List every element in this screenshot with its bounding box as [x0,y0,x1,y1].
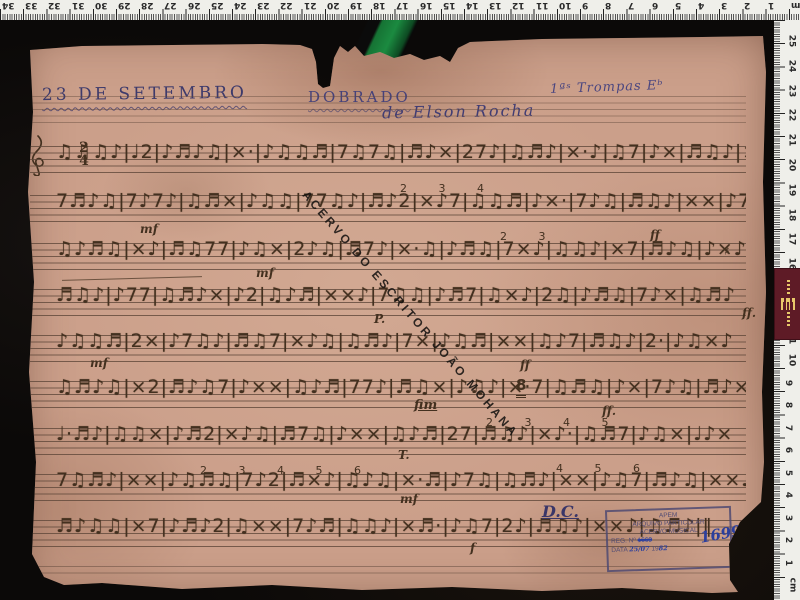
music-annotation: D.C. [542,502,579,521]
stamp-date-value: 25/07 [629,545,650,554]
reg-number-handwritten: 1699 [700,527,743,542]
music-annotation: mf [400,492,418,506]
ruler-number: 22 [786,109,796,122]
ruler-number: 10 [559,0,572,10]
ruler-number: 25 [211,0,224,10]
ruler-number: 18 [786,208,796,221]
ruler-number: 10 [786,354,796,367]
ruler-number: 14 [466,0,479,10]
music-annotation: ff [650,228,660,242]
ruler-number: 8 [605,0,611,10]
badge-text-line [787,280,790,296]
music-annotation: T. [398,448,410,462]
ruler-number: 27 [164,0,177,10]
ruler-number: 9 [783,379,793,385]
music-annotation: 4 5 6 [556,462,654,475]
castle-icon [781,298,795,310]
ruler-number: 31 [72,0,85,10]
ruler-number: 5 [783,469,793,475]
ruler-number: 17 [786,233,796,246]
stave: ♫♪♬♫|×♪|♬♫77|♪♫×|2♪♫|♬7♪|×·♫|♪♬♫|7×♪|♫♫♪… [30,243,746,270]
stave: 7♫♬♪|××|♪♫♬♫|7♪2|♬×♪|♫♪♫|×·♬|♪7♫|♫♬♪|××|… [30,474,746,501]
ruler-number: 33 [25,0,38,10]
ruler-number: 1 [783,559,793,565]
ruler-number: 5 [675,0,681,10]
ruler-number: 32 [48,0,61,10]
scanner-background: 23 DE SETEMBRO DOBRADO de Elson Rocha 1ª… [0,0,800,600]
ruler-number: 2 [744,0,750,10]
ruler-number: 28 [141,0,154,10]
ruler-number: 30 [95,0,108,10]
music-annotation: 2 3 4 5 6 [200,464,375,477]
ruler-number: 16 [420,0,433,10]
top-ruler: 3433323130292827262524232221201918171615… [0,0,800,20]
ruler-number: 15 [443,0,456,10]
stave: ♩·♬♪|♫♫×|♪♬2|×♪♫|♬7♫|♪××|♫♪♬|27|♬♫♪|×♪·|… [30,428,746,455]
ruler-number: 4 [783,492,793,498]
music-annotation: mf [140,222,158,236]
stave: ♫♫♫♪|♩2|♪♬♪♫|×·|♪♫♫♬|7♫7♫|♬♪×|27♪|♫♬♪|×·… [30,146,746,173]
ruler-number: 23 [786,84,796,97]
stave: 7♬♪♫|7♪7♪|♫♬×|♪♫♫|77♫♪|♬♪2|×♪7|♫♫♬|♪×·|7… [30,195,746,222]
ruler-number: 25 [786,35,796,48]
ruler-number: 11 [536,0,549,10]
music-annotation: f [470,541,475,555]
stave [30,96,746,123]
music-annotation: ff [520,358,530,372]
ruler-number: 20 [327,0,340,10]
ruler-number: 17 [396,0,409,10]
music-notation: ♫♬♪♫|×2|♬♪♫7|♪××|♫♪♬|77♪|♬♫×|♪♫♪|×·7|♫♬♫… [56,376,746,408]
ruler-number: 3 [721,0,727,10]
ruler-number: 21 [304,0,317,10]
ruler-number: cm [787,578,797,593]
manuscript-paper: 23 DE SETEMBRO DOBRADO de Elson Rocha 1ª… [22,32,770,600]
music-annotation: mf [90,356,108,370]
ruler-number: 24 [234,0,247,10]
music-annotation: 2 3 [500,230,560,243]
ruler-number: 8 [783,402,793,408]
music-notation: ♫♫♫♪|♩2|♪♬♪♫|×·|♪♫♫♬|7♫7♫|♬♪×|27♪|♫♬♪|×·… [56,141,746,173]
ruler-number: 2 [783,537,793,543]
ruler-number: 3 [783,514,793,520]
ruler-number: 19 [350,0,363,10]
ruler-number: 7 [783,424,793,430]
music-annotation: fim [414,398,437,413]
stave: ♪♫♫♬|2×|♪7♫♪|♬♫7|×♪♫|♫♬♪|7×|♪♫♬|××|♫♪7|♬… [30,335,746,362]
music-annotation: mf [256,266,274,280]
ruler-number: 29 [118,0,131,10]
ruler-number: cm [791,0,800,10]
music-annotation: 8 [516,376,526,398]
ruler-number: 20 [786,159,796,172]
ruler-number: 22 [280,0,293,10]
music-notation: ♪♫♫♬|2×|♪7♫♪|♬♫7|×♪♫|♫♬♪|7×|♪♫♬|××|♫♪7|♬… [56,330,746,362]
music-annotation: P. [374,312,385,326]
ruler-number: 12 [512,0,525,10]
ruler-number: 6 [652,0,658,10]
music-annotation: ff. [742,306,756,320]
ruler-number: 4 [698,0,704,10]
instrument-line: 1ªˢ Trompas Eᵇ [550,78,664,97]
ruler-number: 23 [257,0,270,10]
ruler-number: 26 [188,0,201,10]
stamp-year-value: 82 [659,544,668,552]
ruler-number: 1 [768,0,774,10]
reg-number-crossed: 1669 [637,537,652,545]
ruler-number: 18 [373,0,386,10]
archive-stamp: APEM ARQUIVO PARTICULAR ACERVO MUSICAL R… [605,506,733,572]
badge-text-line [787,312,790,328]
ruler-number: 9 [582,0,588,10]
stave: ♫♬♪♫|×2|♬♪♫7|♪××|♫♪♬|77♪|♬♫×|♪♫♪|×·7|♫♬♫… [30,381,746,408]
ruler-number: 34 [2,0,15,10]
ruler-number: 7 [628,0,634,10]
ruler-number: 19 [786,184,796,197]
apem-ruler-badge [774,268,800,340]
ruler-number: 13 [489,0,502,10]
music-annotation: ♯ [724,244,730,258]
ruler-number: 6 [783,447,793,453]
crescendo-line [62,276,202,281]
right-ruler: 2524232221201918171615121110987654321cm [774,20,800,600]
ruler-number: 24 [786,60,796,73]
music-annotation: 2 3 4 [400,182,498,195]
music-notation: ♫♪♬♫|×♪|♬♫77|♪♫×|2♪♫|♬7♪|×·♫|♪♬♫|7×♪|♫♫♪… [56,238,746,270]
ruler-number: 21 [786,134,796,147]
